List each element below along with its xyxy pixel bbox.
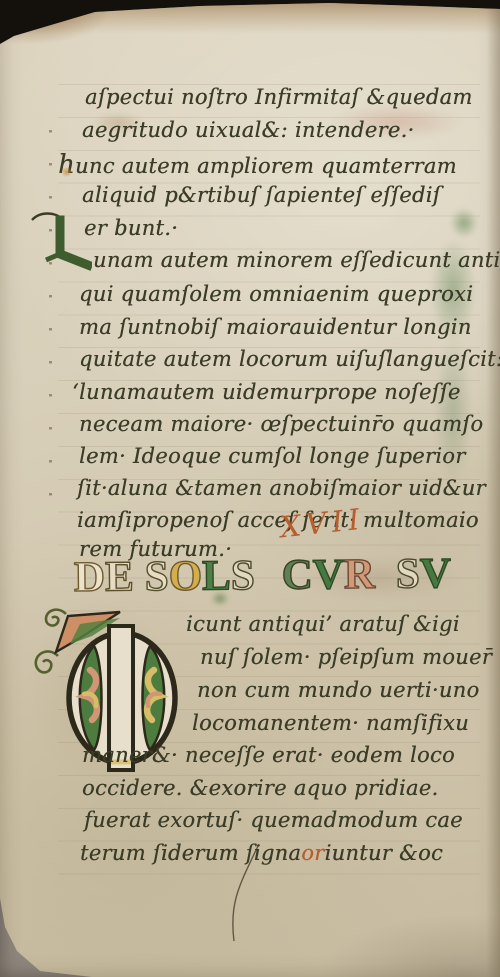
text-line: neceam maiore· œſpectuinr̄o quamſo: [79, 413, 483, 436]
heading-letter: D: [74, 556, 106, 599]
text-line: aegritudo uixual&: intendere.·: [82, 119, 414, 142]
bottom-shadow: [260, 907, 500, 977]
heading-letter: O: [168, 555, 202, 598]
text-line: aliquid p&rtibuſ ſapienteſ eſſediſ: [82, 184, 441, 207]
heading-letter: R: [344, 553, 376, 596]
text-line: aſpectui noſtro Infirmitaſ &quedam: [85, 86, 473, 109]
chapter-heading: D E S O L S C V R S V: [74, 552, 451, 599]
heading-letter: S: [396, 552, 420, 595]
text-segment: terum ſiderum ſigna: [80, 841, 301, 865]
text-line: icunt antiqui’ aratuſ &igi: [186, 613, 460, 636]
text-line: fuerat exortuſ· quemadmodum cae: [84, 809, 463, 832]
text-segment: iuntur &oc: [325, 841, 444, 865]
text-line: qui quamſolem omniaenim queproxi: [79, 283, 473, 306]
text-line: lem· Ideoque cumſol longe ſuperior: [79, 445, 466, 468]
heading-letter: S: [231, 554, 255, 597]
corner-stain: [0, 0, 180, 52]
text-line: ſit·aluna &tamen anobiſmaior uid&ur: [77, 477, 486, 500]
text-line: unam autem minorem eſſedicunt anti: [93, 249, 500, 272]
heading-letter: V: [313, 553, 345, 596]
text-line: non cum mundo uerti·uno: [197, 679, 479, 702]
text-line: hunc autem ampliorem quamterram: [58, 151, 457, 180]
text-line: er bunt.·: [84, 217, 178, 240]
heading-letter: S: [145, 555, 169, 598]
manuscript-photo: aſpectui noſtro Infirmitaſ &quedam aegri…: [0, 0, 500, 977]
minor-initial-h: h: [58, 150, 75, 180]
text-line: terum ſiderum ſignaoriuntur &oc: [80, 842, 443, 865]
text-line: ma ſuntnobiſ maiorauidentur longin: [79, 316, 472, 339]
pricking-dots: [49, 130, 52, 512]
text-line: locomanentem· namſifixu: [192, 712, 469, 735]
heading-letter: L: [202, 554, 231, 597]
heading-letter: E: [105, 555, 134, 598]
text-line: maner&· neceſſe erat· eodem loco: [82, 744, 455, 767]
text-line: nuſ ſolem· pſeipſum mouer̄: [200, 646, 492, 669]
red-correction: or: [301, 841, 324, 865]
manuscript-page: aſpectui noſtro Infirmitaſ &quedam aegri…: [0, 0, 500, 977]
heading-letter: C: [282, 553, 314, 596]
text-line: unc autem ampliorem quamterram: [75, 154, 457, 178]
green-stain: [450, 208, 478, 238]
text-line: occidere. &exorire aquo pridiae.: [82, 777, 438, 800]
heading-letter: V: [420, 552, 452, 595]
text-line: ʻlunamautem uidemurprope noſeſſe: [72, 381, 461, 404]
fore-edge-shadow: [486, 0, 500, 977]
margin-initial-l: [26, 208, 92, 272]
text-line: quitate autem locorum uiſuſlangueſcit:: [79, 348, 500, 371]
